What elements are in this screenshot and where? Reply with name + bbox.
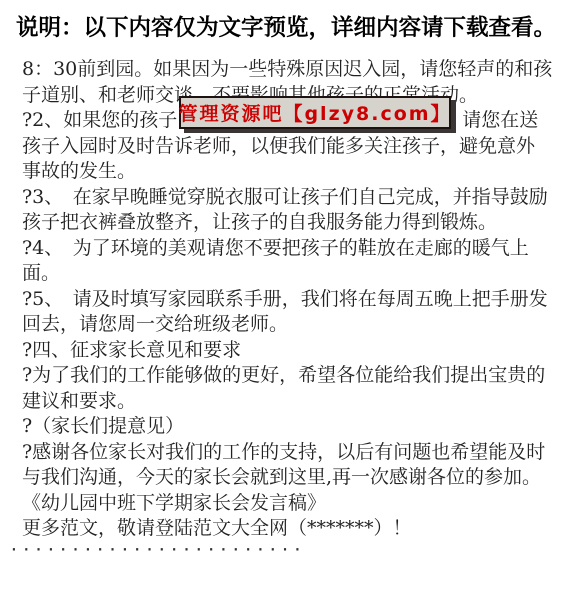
trailing-dots-line: ························ <box>0 544 578 564</box>
watermark-label: 管理资源吧【glzy8.com】 <box>178 99 451 126</box>
text-line: 《幼儿园中班下学期家长会发言稿》 <box>0 491 578 517</box>
text-line: ?5、 请及时填写家园联系手册，我们将在每周五晚上把手册发 <box>0 287 578 313</box>
document-preview-page: 说明：以下内容仅为文字预览，详细内容请下载查看。 8：30前到园。如果因为一些特… <box>0 0 578 600</box>
text-line: 回去，请您周一交给班级老师。 <box>0 312 578 338</box>
text-line: ?为了我们的工作能够做的更好，希望各位能给我们提出宝贵的 <box>0 363 578 389</box>
text-line: 孩子把衣裤叠放整齐，让孩子的自我服务能力得到锻炼。 <box>0 210 578 236</box>
document-body: 8：30前到园。如果因为一些特殊原因迟入园，请您轻声的和孩子道别、和老师交谈，不… <box>0 57 578 542</box>
text-line: 面。 <box>0 261 578 287</box>
text-line: ?（家长们提意见） <box>0 414 578 440</box>
text-line: 建议和要求。 <box>0 389 578 415</box>
text-line: ?3、 在家早晚睡觉穿脱衣服可让孩子们自己完成，并指导鼓励 <box>0 185 578 211</box>
preview-notice-heading: 说明：以下内容仅为文字预览，详细内容请下载查看。 <box>0 0 578 45</box>
text-line: ?4、 为了环境的美观请您不要把孩子的鞋放在走廊的暖气上 <box>0 236 578 262</box>
text-line: 孩子入园时及时告诉老师，以便我们能多关注孩子，避免意外 <box>0 134 578 160</box>
watermark-badge: 管理资源吧【glzy8.com】 <box>179 96 451 129</box>
text-line: 与我们沟通，今天的家长会就到这里,再一次感谢各位的参加。 <box>0 465 578 491</box>
text-line: 8：30前到园。如果因为一些特殊原因迟入园，请您轻声的和孩 <box>0 57 578 83</box>
text-line: ?感谢各位家长对我们的工作的支持，以后有问题也希望能及时 <box>0 440 578 466</box>
text-line: 事故的发生。 <box>0 159 578 185</box>
text-line: ?四、征求家长意见和要求 <box>0 338 578 364</box>
text-line: 更多范文，敬请登陆范文大全网（*******）！ <box>0 516 578 542</box>
